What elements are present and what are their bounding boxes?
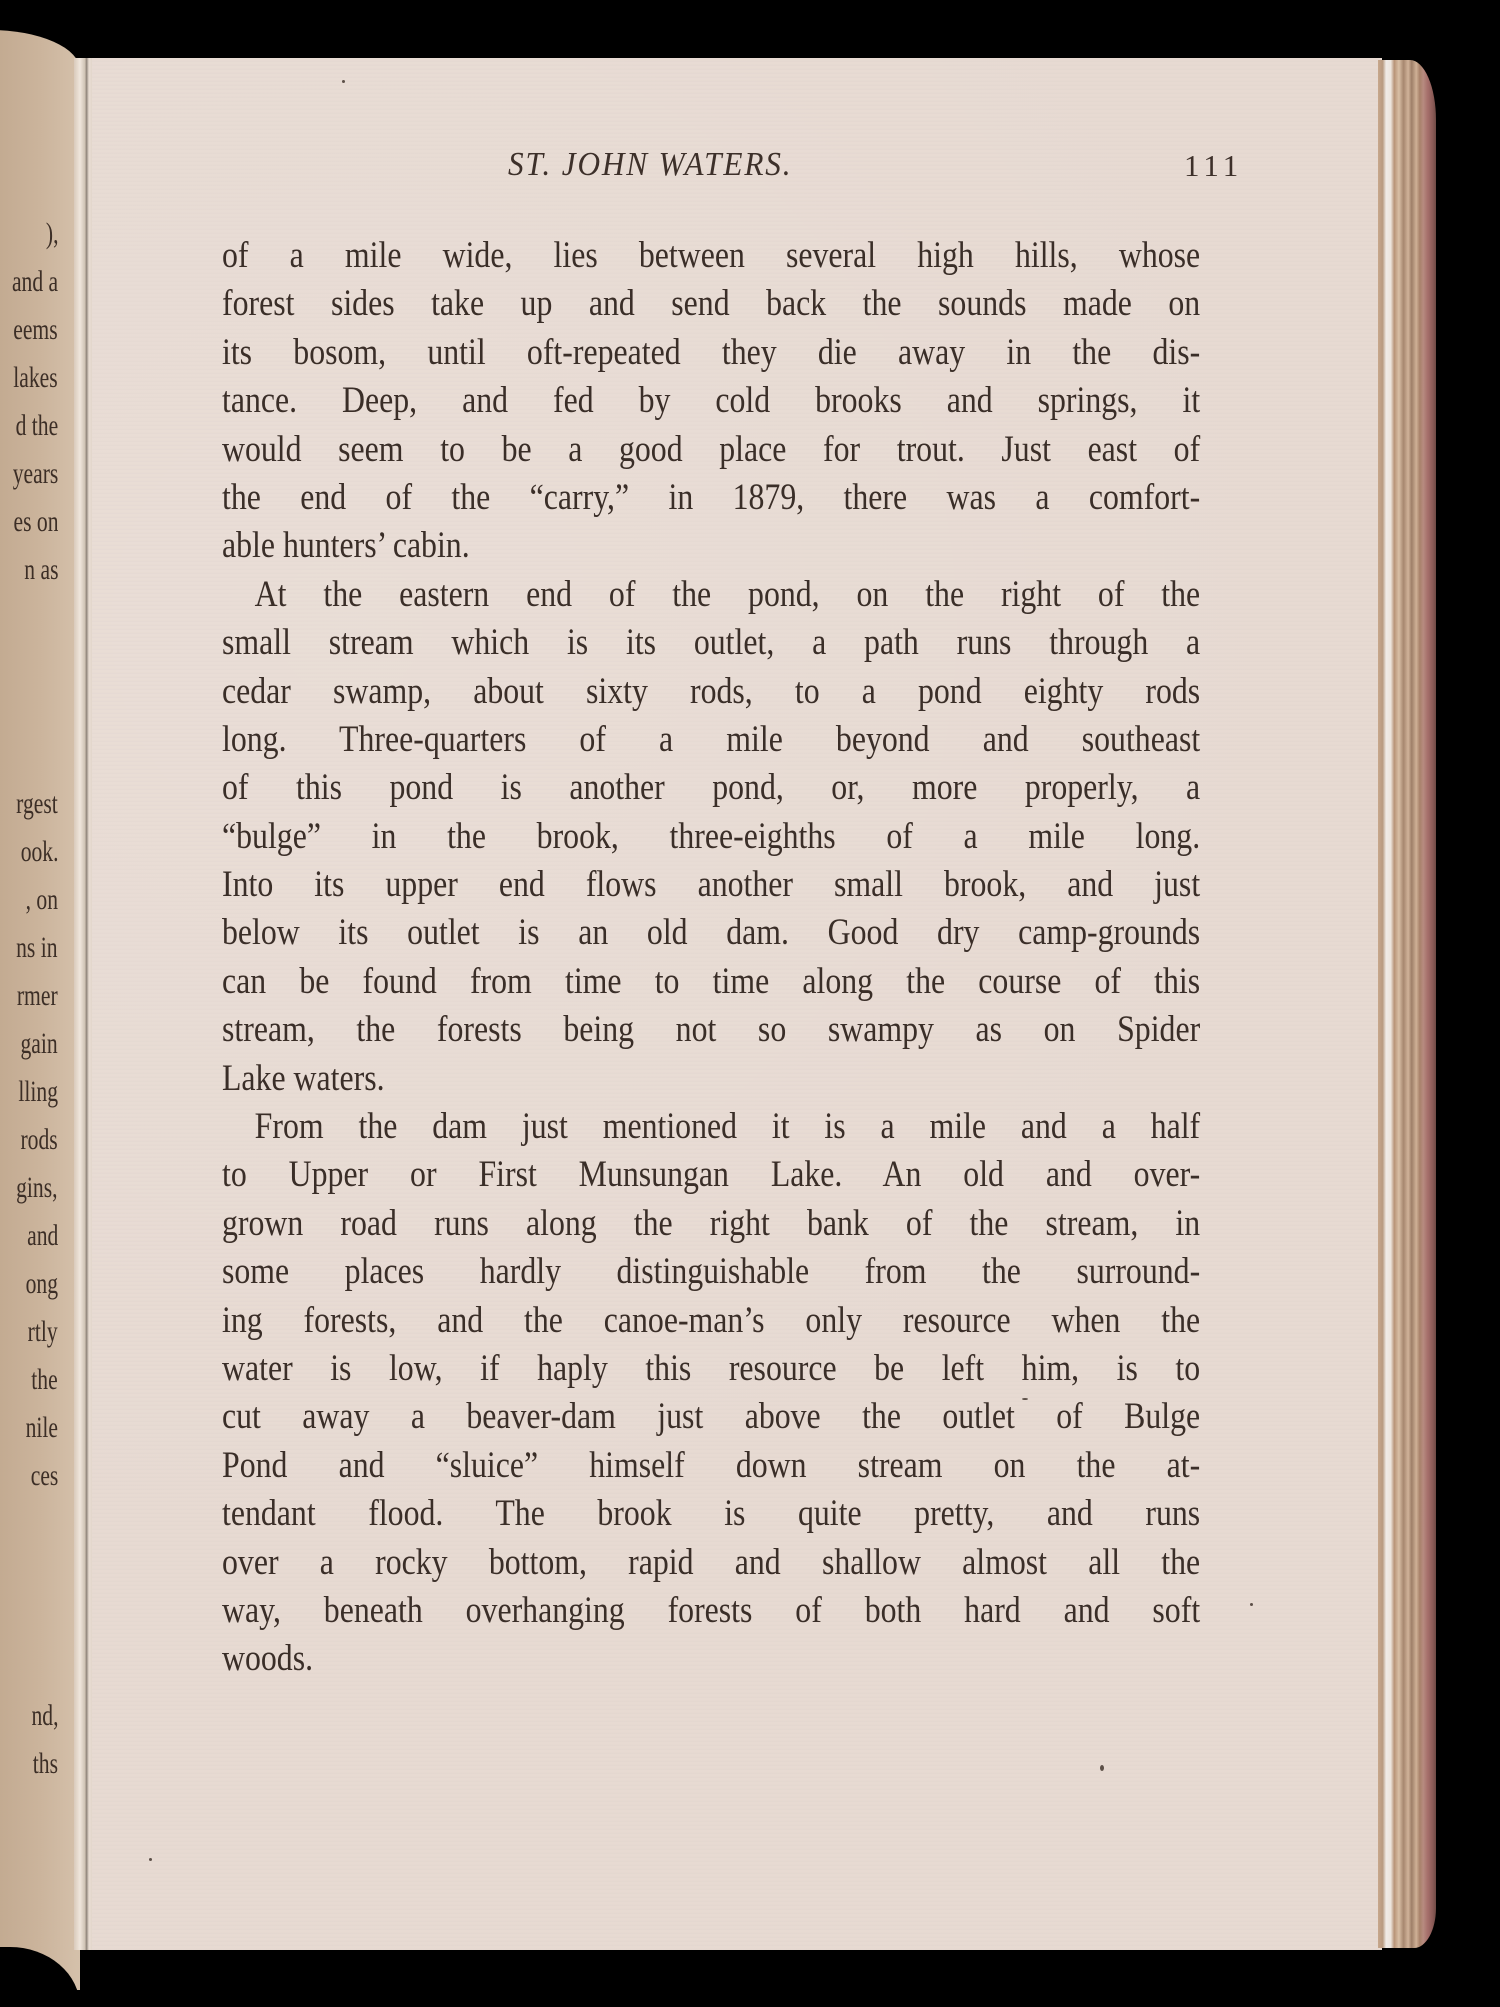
paragraph: At the eastern end of the pond, on the r…: [222, 571, 1200, 1103]
text-line: cut away a beaver-dam just above the out…: [222, 1393, 1200, 1441]
left-page-fragment: the: [32, 1356, 58, 1404]
left-page-fragment: eems: [14, 306, 58, 354]
text-line: small stream which is its outlet, a path…: [222, 619, 1200, 667]
left-page-fragment: rgest: [16, 780, 58, 828]
page-number: 111: [1184, 148, 1243, 184]
text-line: below its outlet is an old dam. Good dry…: [222, 909, 1200, 957]
text-line: the end of the “carry,” in 1879, there w…: [222, 474, 1200, 522]
text-line: can be found from time to time along the…: [222, 958, 1200, 1006]
text-line: stream, the forests being not so swampy …: [222, 1006, 1200, 1054]
paper-speck: [1100, 1765, 1104, 1771]
text-line: forest sides take up and send back the s…: [222, 280, 1200, 328]
left-page-fragment: d the: [15, 402, 58, 450]
left-page-fragment: rmer: [17, 972, 58, 1020]
left-page-fragment: gain: [21, 1020, 58, 1068]
left-page-fragment: and: [27, 1212, 58, 1260]
text-line: some places hardly distinguishable from …: [222, 1248, 1200, 1296]
text-line: of a mile wide, lies between several hig…: [222, 232, 1200, 280]
left-page-fragment: and a: [12, 258, 58, 306]
left-page-fragment: ong: [26, 1260, 58, 1308]
text-line: over a rocky bottom, rapid and shallow a…: [222, 1539, 1200, 1587]
left-page-fragment: rods: [21, 1116, 58, 1164]
text-line: grown road runs along the right bank of …: [222, 1200, 1200, 1248]
running-title: ST. JOHN WATERS.: [508, 146, 792, 184]
paper-speck: [149, 1858, 152, 1861]
left-page-fragment: ns in: [17, 924, 58, 972]
text-line: water is low, if haply this resource be …: [222, 1345, 1200, 1393]
text-line: From the dam just mentioned it is a mile…: [222, 1103, 1200, 1151]
left-page-fragment: ),: [45, 210, 58, 258]
text-line: woods.: [222, 1635, 1200, 1683]
paragraph: of a mile wide, lies between several hig…: [222, 232, 1200, 571]
left-page-fragment: gins,: [17, 1164, 58, 1212]
text-line: “bulge” in the brook, three-eighths of a…: [222, 813, 1200, 861]
left-page-fragment: lakes: [14, 354, 58, 402]
text-line: long. Three-quarters of a mile beyond an…: [222, 716, 1200, 764]
left-page-fragment: lling: [18, 1068, 58, 1116]
left-page-fragment: nd,: [31, 1692, 58, 1740]
paper-speck: [342, 80, 345, 83]
text-line: Pond and “sluice” himself down stream on…: [222, 1442, 1200, 1490]
text-line: Into its upper end flows another small b…: [222, 861, 1200, 909]
left-page-text-fragments: ),and aeemslakesd theyearses onn asrgest…: [0, 30, 58, 1990]
text-line: ing forests, and the canoe-man’s only re…: [222, 1297, 1200, 1345]
text-line: would seem to be a good place for trout.…: [222, 426, 1200, 474]
text-line: tendant flood. The brook is quite pretty…: [222, 1490, 1200, 1538]
left-page-fragment: years: [12, 450, 58, 498]
text-line: to Upper or First Munsungan Lake. An old…: [222, 1151, 1200, 1199]
text-line: way, beneath overhanging forests of both…: [222, 1587, 1200, 1635]
text-line: its bosom, until oft-repeated they die a…: [222, 329, 1200, 377]
text-line: At the eastern end of the pond, on the r…: [222, 571, 1200, 619]
left-page-fragment: nile: [26, 1404, 58, 1452]
paper-speck: [1250, 1603, 1253, 1606]
left-page-fragment: ook.: [20, 828, 58, 876]
body-text: of a mile wide, lies between several hig…: [222, 232, 1200, 1684]
page-edges-stack: [1378, 60, 1436, 1948]
left-page-fragment: n as: [24, 546, 58, 594]
left-page-fragment: es on: [13, 498, 58, 546]
text-line: cedar swamp, about sixty rods, to a pond…: [222, 668, 1200, 716]
text-line: of this pond is another pond, or, more p…: [222, 764, 1200, 812]
text-line: able hunters’ cabin.: [222, 522, 1200, 570]
text-line: tance. Deep, and fed by cold brooks and …: [222, 377, 1200, 425]
left-page-fragment: , on: [26, 876, 58, 924]
left-page-fragment: rtly: [28, 1308, 58, 1356]
left-page-fragment: ths: [33, 1740, 58, 1788]
paragraph: From the dam just mentioned it is a mile…: [222, 1103, 1200, 1684]
book-gutter: [74, 58, 94, 1950]
left-page-fragment: ces: [30, 1452, 58, 1500]
text-line: Lake waters.: [222, 1055, 1200, 1103]
page-header: ST. JOHN WATERS. 111: [0, 146, 1500, 196]
left-page: ),and aeemslakesd theyearses onn asrgest…: [0, 30, 80, 1990]
